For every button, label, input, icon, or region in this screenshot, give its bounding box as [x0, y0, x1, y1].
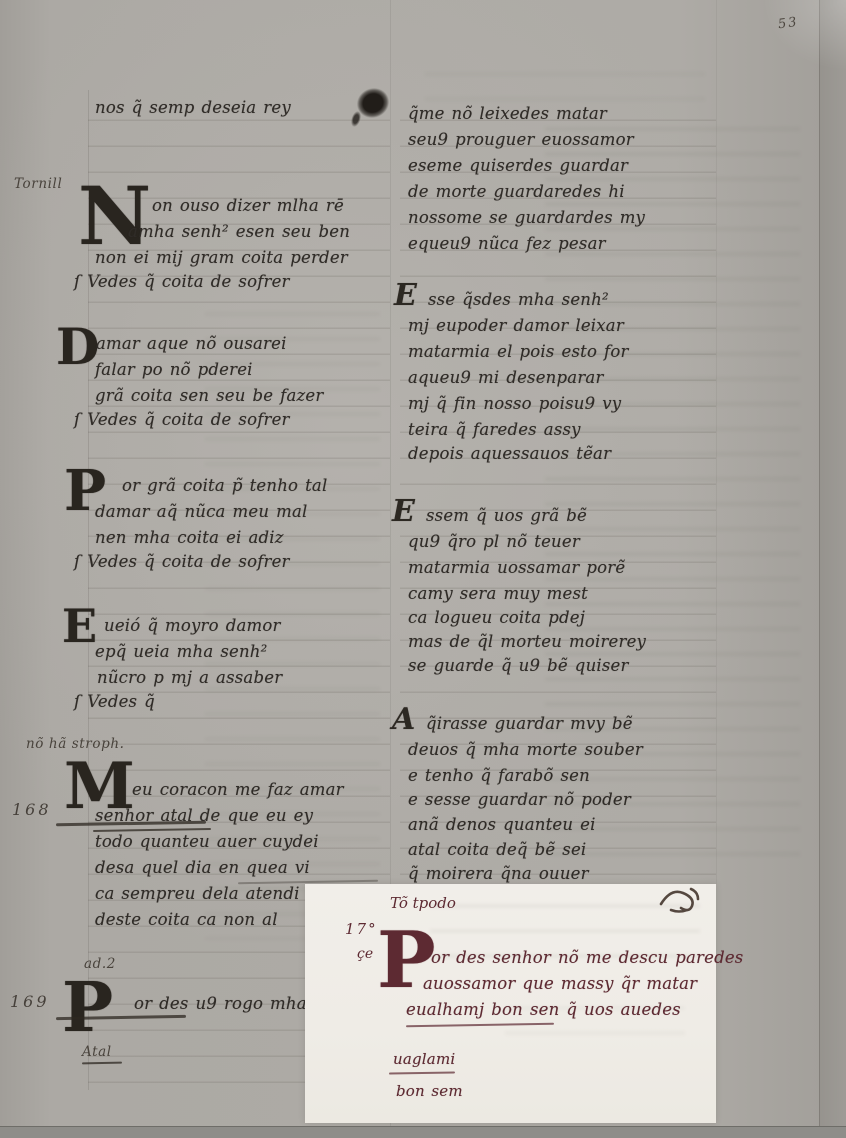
initial-capital: P	[62, 978, 113, 1039]
verse-line: eseme quiserdes guardar	[408, 156, 628, 175]
scan-bottom-edge	[0, 1126, 846, 1138]
verse-line: ſ Vedes q̃ coita de sofrer	[74, 552, 290, 571]
verse-line: deuos q̃ mha morte souber	[408, 740, 643, 759]
verse-line: atal coita deq̃ bẽ sei	[408, 840, 586, 859]
initial-capital: E	[394, 282, 417, 309]
bleedthrough-texture	[545, 115, 800, 875]
verse-line: ssem q̃ uos grã bẽ	[426, 506, 587, 525]
verse-line: qu9 q̃ro pl nõ teuer	[408, 532, 580, 551]
verse-line: se guarde q̃ u9 bẽ quiser	[408, 656, 629, 675]
verse-line: damar aq̃ nũca meu mal	[95, 502, 307, 521]
initial-capital: A	[392, 706, 415, 733]
catchline: nos q̃ semp deseia rey	[95, 98, 291, 117]
verse-line: ca sempreu dela atendi	[95, 884, 300, 903]
margin-note-uaglami: uaglami	[393, 1050, 455, 1068]
highlight-header: Tõ tpodo	[390, 894, 456, 912]
poem-number-168: 168	[12, 800, 52, 819]
manuscript-page: 53 nos q̃ semp deseia rey Tornill N on o…	[0, 0, 846, 1138]
verse-line: nossome se guardardes my	[408, 208, 645, 227]
margin-note-atal: Atal	[82, 1044, 112, 1060]
verse-line: amar aque nõ ousarei	[96, 334, 287, 353]
initial-capital: N	[78, 180, 151, 252]
margin-note-tornill: Tornill	[14, 176, 62, 192]
underline-stroke	[82, 1062, 122, 1065]
highlight-number: 17°	[345, 920, 378, 938]
verse-line: or des senhor nõ me descu paredes	[431, 948, 743, 967]
verse-line: matarmia el pois esto for	[408, 342, 629, 361]
initial-capital: E	[62, 606, 97, 647]
verse-line: epq̃ ueia mha senh²	[95, 642, 267, 661]
verse-line: ſ Vedes q̃	[74, 692, 155, 711]
initial-flourish: çe	[357, 946, 373, 962]
verse-line: non ei mij gram coita perder	[95, 248, 348, 267]
verse-line: seu9 prouguer euossamor	[408, 130, 634, 149]
verse-line: deste coita ca non al	[95, 910, 278, 929]
verse-line: ueió q̃ moyro damor	[104, 616, 281, 635]
margin-note-bon-sem: bon sem	[396, 1082, 463, 1100]
verse-line: mj q̃ fin nosso poisu9 vy	[408, 394, 621, 413]
initial-capital: E	[392, 498, 415, 525]
highlight-overlay[interactable]: Tõ tpodo 17° çe P or des senhor nõ me de…	[305, 884, 716, 1123]
verse-line: q̃ moirera q̃na ouuer	[408, 864, 589, 883]
verse-line: nen mha coita ei adiz	[95, 528, 284, 547]
verse-line: de morte guardaredes hi	[408, 182, 625, 201]
poem-number-169: 169	[10, 992, 50, 1011]
verse-line: ca logueu coita pdej	[408, 608, 585, 627]
verse-line: falar po nõ pderei	[95, 360, 253, 379]
page-edge	[819, 0, 846, 1126]
verse-line: nũcro p mj a assaber	[97, 668, 282, 687]
verse-line: mas de q̃l morteu moirerey	[408, 632, 646, 651]
verse-line: ſ Vedes q̃ coita de sofrer	[74, 272, 290, 291]
ink-flourish	[657, 886, 701, 914]
verse-line: grã coita sen seu be fazer	[95, 386, 323, 405]
folio-number: 53	[777, 15, 799, 33]
verse-line: aqueu9 mi desenparar	[408, 368, 604, 387]
bleedthrough-texture	[425, 60, 705, 110]
verse-line: amha senh² esen seu ben	[128, 222, 350, 241]
verse-line: sse q̃sdes mha senh²	[428, 290, 609, 309]
initial-capital: D	[56, 324, 99, 369]
verse-line: q̃irasse guardar mvy bẽ	[426, 714, 633, 733]
verse-line: e tenho q̃ farabõ sen	[408, 766, 590, 785]
underline-stroke	[389, 1071, 455, 1074]
verse-line: mj eupoder damor leixar	[408, 316, 624, 335]
verse-line: desa quel dia en quea vi	[95, 858, 310, 877]
verse-line: eu coracon me faz amar	[132, 780, 344, 799]
verse-line: e sesse guardar nõ poder	[408, 790, 631, 809]
verse-line: on ouso dizer mlha rē	[152, 196, 344, 215]
verse-line: ſ Vedes q̃ coita de sofrer	[74, 410, 290, 429]
verse-line: eualhamj bon sen q̃ uos auedes	[406, 1000, 681, 1019]
verse-line: anã denos quanteu ei	[408, 815, 596, 834]
verse-line: teira q̃ faredes assy	[408, 420, 581, 439]
verse-line: auossamor que massy q̃r matar	[423, 974, 697, 993]
verse-line: depois aquessauos tẽar	[408, 444, 611, 463]
verse-line: todo quanteu auer cuydei	[95, 832, 319, 851]
verse-line: or grã coita p̃ tenho tal	[122, 476, 327, 495]
underline-stroke	[406, 1023, 554, 1028]
verse-line: equeu9 nũca fez pesar	[408, 234, 606, 253]
verse-line: camy sera muy mest	[408, 584, 588, 603]
verse-line: matarmia uossamar porẽ	[408, 558, 625, 577]
right-column-rule-line	[716, 0, 717, 884]
verse-line: q̃me nõ leixedes matar	[408, 104, 607, 123]
